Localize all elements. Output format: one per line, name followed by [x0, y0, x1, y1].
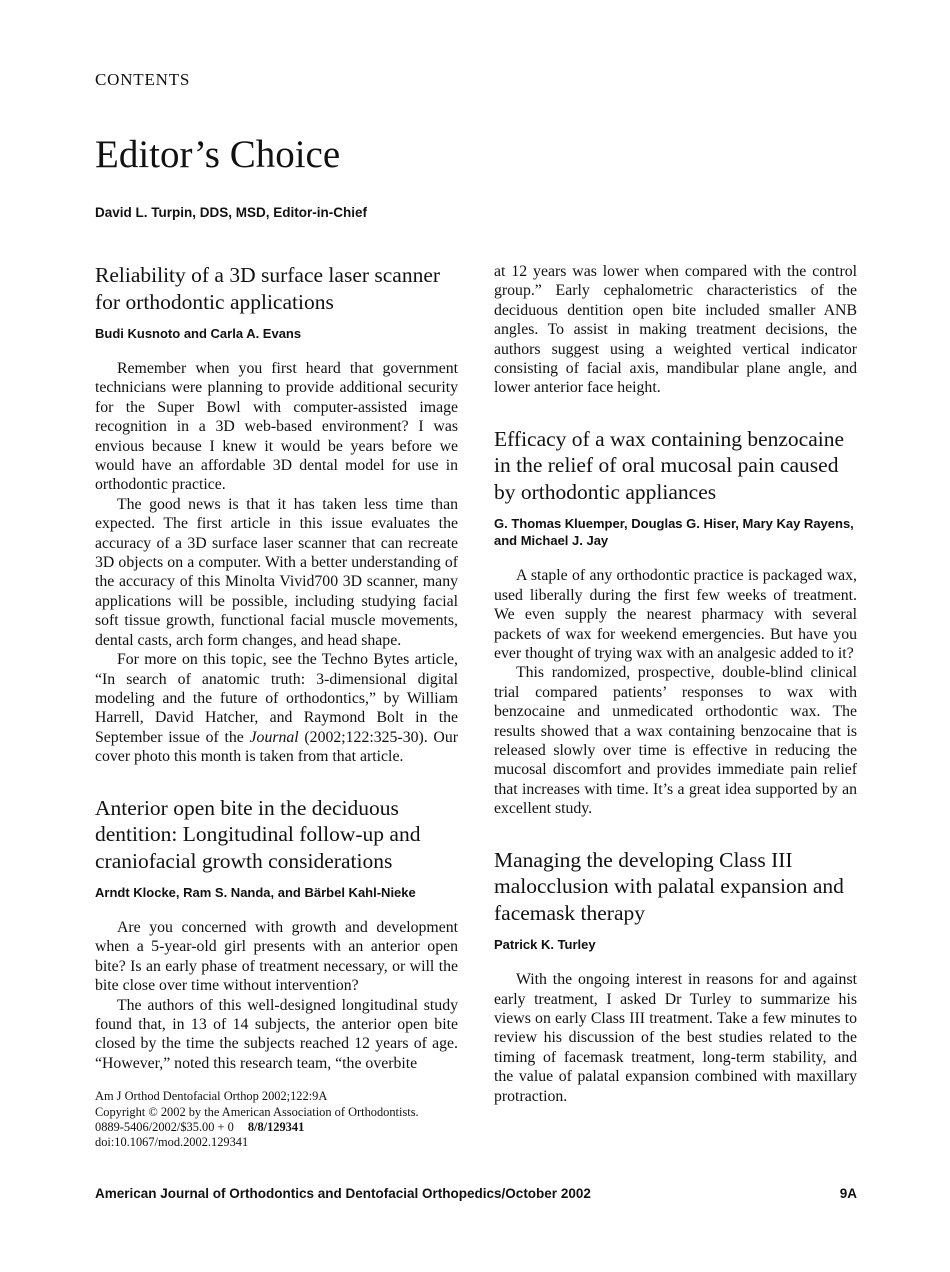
footer-journal-title: American Journal of Orthodontics and Den… — [95, 1186, 591, 1201]
page-title: Editor’s Choice — [95, 134, 340, 177]
copyright-footnote: Am J Orthod Dentofacial Orthop 2002;122:… — [95, 1089, 458, 1150]
doi-line: doi:10.1067/mod.2002.129341 — [95, 1135, 458, 1150]
article-code: 8/8/129341 — [248, 1120, 304, 1134]
article-title-benzocaine-wax: Efficacy of a wax containing benzocaine … — [494, 426, 857, 506]
citation-line: Am J Orthod Dentofacial Orthop 2002;122:… — [95, 1089, 458, 1104]
footer-page-number: 9A — [840, 1186, 857, 1201]
issn-line: 0889-5406/2002/$35.00 + 08/8/129341 — [95, 1120, 458, 1135]
left-column: Reliability of a 3D surface laser scanne… — [95, 262, 458, 1150]
article-title-anterior-open-bite: Anterior open bite in the deciduous dent… — [95, 795, 458, 875]
article-authors-reliability: Budi Kusnoto and Carla A. Evans — [95, 325, 458, 342]
paragraph: Are you concerned with growth and develo… — [95, 918, 458, 996]
paragraph: The good news is that it has taken less … — [95, 495, 458, 650]
copyright-line: Copyright © 2002 by the American Associa… — [95, 1105, 458, 1120]
paragraph-continuation: at 12 years was lower when compared with… — [494, 262, 857, 398]
journal-contents-page: CONTENTS Editor’s Choice David L. Turpin… — [0, 0, 950, 1272]
paragraph: With the ongoing interest in reasons for… — [494, 970, 857, 1106]
right-column: at 12 years was lower when compared with… — [494, 262, 857, 1106]
article-title-reliability: Reliability of a 3D surface laser scanne… — [95, 262, 458, 315]
article-authors-anterior-open-bite: Arndt Klocke, Ram S. Nanda, and Bärbel K… — [95, 884, 458, 901]
paragraph: Remember when you first heard that gover… — [95, 359, 458, 495]
paragraph: For more on this topic, see the Techno B… — [95, 650, 458, 766]
contents-label: CONTENTS — [95, 70, 190, 90]
paragraph: The authors of this well-designed longit… — [95, 996, 458, 1074]
page-footer: American Journal of Orthodontics and Den… — [95, 1186, 857, 1201]
paragraph: A staple of any orthodontic practice is … — [494, 566, 857, 663]
journal-name-italic: Journal — [250, 729, 299, 746]
issn-price: 0889-5406/2002/$35.00 + 0 — [95, 1120, 234, 1134]
article-authors-benzocaine-wax: G. Thomas Kluemper, Douglas G. Hiser, Ma… — [494, 515, 857, 549]
paragraph: This randomized, prospective, double-bli… — [494, 663, 857, 818]
editor-byline: David L. Turpin, DDS, MSD, Editor-in-Chi… — [95, 205, 367, 220]
article-authors-class-iii: Patrick K. Turley — [494, 936, 857, 953]
article-title-class-iii: Managing the developing Class III malocc… — [494, 847, 857, 927]
